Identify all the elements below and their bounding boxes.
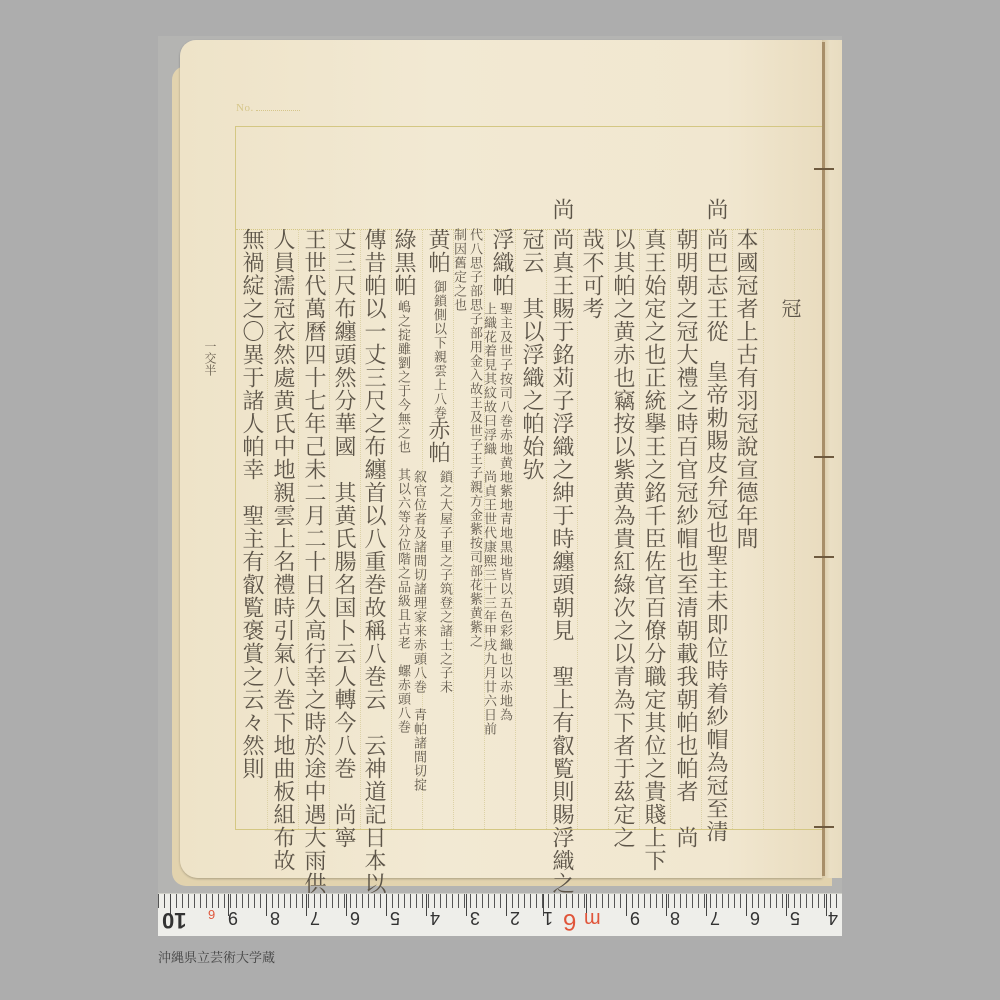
column-rule	[453, 230, 454, 829]
text-column-19: 無禍綻之〇異于諸人帕幸 聖主有叡覧褒賞之云々然則	[240, 228, 262, 780]
ruler-label: 10	[162, 907, 186, 933]
ruler-major-tick	[346, 894, 347, 916]
ruler-major-tick	[706, 894, 707, 916]
text-column-11: 制因舊定之也	[452, 228, 465, 312]
text-column-16: 丈三尺布纏頭然分華國 其黄氏腸名国卜云人轉今八巻 尚寧	[332, 228, 354, 849]
ruler-label: 5	[390, 907, 400, 928]
column-rule	[391, 230, 392, 829]
ruler-major-tick	[506, 894, 507, 916]
text-column-18: 人員濡冠衣然處黄氏中地親雲上名禮時引氣八巻下地曲板組布故	[271, 228, 293, 872]
no-dotted-line	[256, 110, 300, 111]
text-column-13: 叙官位者及諸間切諸理家来赤頭八巻 青帕諸間切掟	[412, 470, 425, 792]
column-rule	[577, 230, 578, 829]
ruler-major-tick	[666, 894, 667, 916]
text-column-9-heading: 浮織帕	[490, 228, 512, 297]
text-column-7: 尚真王賜于銘苅子浮織之紳于時纏頭朝見 聖上有叡覧則賜浮織之	[550, 228, 572, 895]
column-superscript: 尚	[550, 198, 572, 221]
text-column-1: 本國冠者上古有羽冠說宣德年間	[734, 228, 756, 550]
text-column-14-heading: 綠黒帕	[392, 228, 414, 297]
text-column-12-note-b: 鎖之大屋子里之子筑登之諸士之子未	[438, 470, 451, 694]
text-column-4: 真王始定之也正統擧王之銘千臣佐官百僚分職定其位之貴賤上下	[642, 228, 664, 872]
ruler-major-tick	[626, 894, 627, 916]
text-column-9-note-a: 聖主及世子按司八巻赤地黄地紫地青地黒地皆以五色彩織也以赤地為	[498, 302, 511, 722]
text-column-5: 以其帕之黄赤也竊按以紫黄為貴紅綠次之以青為下者于茲定之	[611, 228, 633, 849]
column-rule	[701, 230, 702, 829]
ruler-label: 5	[790, 907, 800, 928]
no-text: No.	[236, 102, 254, 114]
ruler-label: 4	[828, 907, 838, 928]
ruler-label: 8	[670, 907, 680, 928]
ruler-label: 7	[310, 907, 320, 928]
column-rule	[267, 230, 268, 829]
ruler-major-tick	[746, 894, 747, 916]
column-rule	[608, 230, 609, 829]
column-rule	[298, 230, 299, 829]
section-title: 冠	[780, 298, 800, 319]
text-column-12-note: 御鎖側以下親雲上八巻	[432, 280, 445, 420]
ruler-label: 6	[750, 907, 760, 928]
column-rule	[763, 230, 764, 829]
ruler-major-tick	[466, 894, 467, 916]
binding-stitch	[814, 456, 834, 458]
text-column-2b: 皇帝勅賜皮弁冠也聖主未即位時着紗帽為冠至清	[704, 360, 726, 843]
facing-page-edge	[822, 40, 842, 878]
text-column-9-note-b: 上織花着見其紋故曰浮織 尚貞王世代康熙三十三年甲戌九月廿六日前	[482, 302, 495, 736]
column-rule	[546, 230, 547, 829]
page-number-label: No.	[236, 102, 300, 114]
ruler-label-red: 6	[208, 907, 215, 922]
ruler-label: 4	[430, 907, 440, 928]
ruler-major-tick	[826, 894, 827, 916]
ruler-major-tick	[426, 894, 427, 916]
text-column-12-heading-b: 赤帕	[426, 418, 448, 464]
binding-stitch	[814, 556, 834, 558]
text-column-14-note: 嶋之掟雖劉之于今無之也 其以六等分位階之品級且古老 螺赤頭八巻	[396, 300, 409, 734]
ruler-major-tick	[306, 894, 307, 916]
text-column-3: 朝明朝之冠大禮之時百官冠紗帽也至清朝載我朝帕也帕者 尚	[674, 228, 696, 849]
ruler-major-tick	[266, 894, 267, 916]
text-column-2a: 尚巴志王從	[704, 228, 726, 343]
binding-stitch	[814, 168, 834, 170]
column-rule	[515, 230, 516, 829]
ruler-label: 2	[510, 907, 520, 928]
ruler-major-tick	[786, 894, 787, 916]
column-rule	[639, 230, 640, 829]
collection-credit: 沖縄県立芸術大学蔵	[158, 947, 275, 966]
ruler-label-red: 6	[563, 907, 576, 935]
column-rule	[329, 230, 330, 829]
measuring-tape: 10 6 9 8 7 6 5 4 3 2 1 6 m 9 8 7 6 5 4	[158, 893, 842, 936]
text-column-12-heading: 黄帕	[426, 228, 448, 274]
ruler-label: 6	[350, 907, 360, 928]
binding-stitch	[814, 826, 834, 828]
manuscript-page: No. 冠 本國冠者上古有羽冠說宣德年間 尚 尚巴志王從	[180, 40, 822, 878]
ruler-label: 9	[228, 907, 238, 928]
column-rule	[794, 230, 795, 829]
column-rule	[670, 230, 671, 829]
text-column-10: 代八思子部思子部用金入故王及世子王子親方金紫按司部花紫黄紫之	[468, 228, 481, 648]
text-column-15: 傳昔帕以一丈三尺之布纏首以八重巻故稱八巻云 云神道記日本以一	[362, 228, 384, 896]
text-column-8: 冠云 其以浮織之帕始欤	[520, 228, 542, 481]
column-superscript: 尚	[704, 198, 726, 221]
manuscript-photo: No. 冠 本國冠者上古有羽冠說宣德年間 尚 尚巴志王從	[158, 36, 842, 896]
ruler-label: 3	[470, 907, 480, 928]
ruler-label: 7	[710, 907, 720, 928]
ruler-label: 8	[270, 907, 280, 928]
ruler-unit-label: m	[584, 907, 601, 930]
text-column-6: 哉不可考	[580, 228, 602, 320]
ruler-label: 9	[630, 907, 640, 928]
ruler-label: 1	[543, 907, 553, 928]
ruler-ticks	[158, 894, 842, 908]
ruler-major-tick	[386, 894, 387, 916]
text-column-17: 王世代萬曆四十七年己未二月二十日久高行幸之時於途中遇大雨供奉	[302, 228, 324, 896]
margin-annotation: 一交半	[202, 340, 219, 376]
